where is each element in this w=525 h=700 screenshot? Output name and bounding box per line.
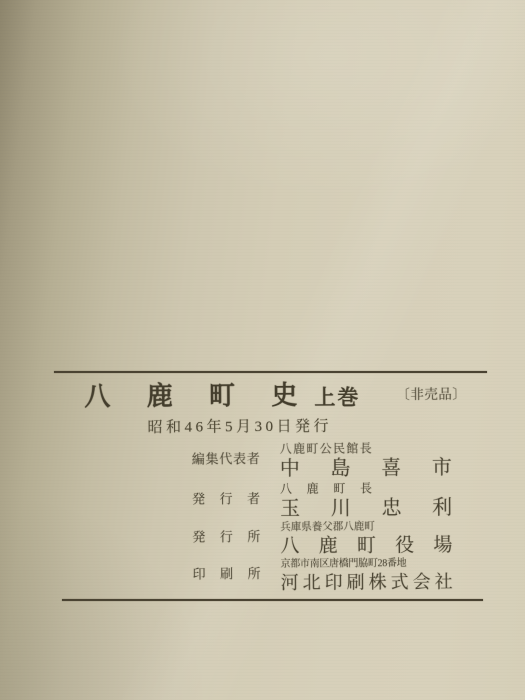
entry-affiliation: 京都市南区唐橋門脇町28番地 xyxy=(280,557,452,572)
entry-affiliation: 兵庫県養父郡八鹿町 xyxy=(280,520,374,536)
volume-label: 上巻 xyxy=(314,387,360,408)
entry-affiliation: 八鹿町長 xyxy=(280,482,372,498)
book-page-photo: 八鹿町史 上巻 〔非売品〕 昭和46年5月30日発行 編集代表者 八鹿町公民館長… xyxy=(0,0,525,700)
colophon-entry: 発行所 兵庫県養父郡八鹿町 八鹿町役場 xyxy=(192,520,452,559)
entry-role-label: 発行所 xyxy=(192,530,260,558)
title-row: 八鹿町史 上巻 〔非売品〕 xyxy=(84,382,466,411)
colophon-entry: 印刷所 京都市南区唐橋門脇町28番地 河北印刷株式会社 xyxy=(192,557,452,597)
colophon: 八鹿町史 上巻 〔非売品〕 昭和46年5月30日発行 編集代表者 八鹿町公民館長… xyxy=(0,0,525,700)
entry-details: 八鹿町長 玉川忠利 xyxy=(280,482,452,521)
entry-details: 兵庫県養父郡八鹿町 八鹿町役場 xyxy=(280,520,452,558)
entry-person-name: 中島喜市 xyxy=(280,457,452,480)
not-for-sale-label: 〔非売品〕 xyxy=(396,388,466,402)
colophon-entries: 編集代表者 八鹿町公民館長 中島喜市 発行者 八鹿町長 玉川忠利 発行所 兵庫県… xyxy=(192,442,453,597)
entry-person-name: 八鹿町役場 xyxy=(280,535,452,558)
publication-date: 昭和46年5月30日発行 xyxy=(148,419,333,436)
colophon-entry: 編集代表者 八鹿町公民館長 中島喜市 xyxy=(192,442,452,484)
entry-person-name: 玉川忠利 xyxy=(280,497,452,520)
book-title: 八鹿町史 xyxy=(84,383,297,409)
entry-role-label: 編集代表者 xyxy=(192,452,260,483)
entry-role-label: 発行者 xyxy=(192,492,260,521)
colophon-entry: 発行者 八鹿町長 玉川忠利 xyxy=(192,482,452,522)
entry-person-name: 河北印刷株式会社 xyxy=(281,571,453,594)
entry-role-label: 印刷所 xyxy=(193,567,261,596)
entry-details: 京都市南区唐橋門脇町28番地 河北印刷株式会社 xyxy=(280,557,452,596)
entry-details: 八鹿町公民館長 中島喜市 xyxy=(280,442,452,483)
entry-affiliation: 八鹿町公民館長 xyxy=(280,442,372,458)
